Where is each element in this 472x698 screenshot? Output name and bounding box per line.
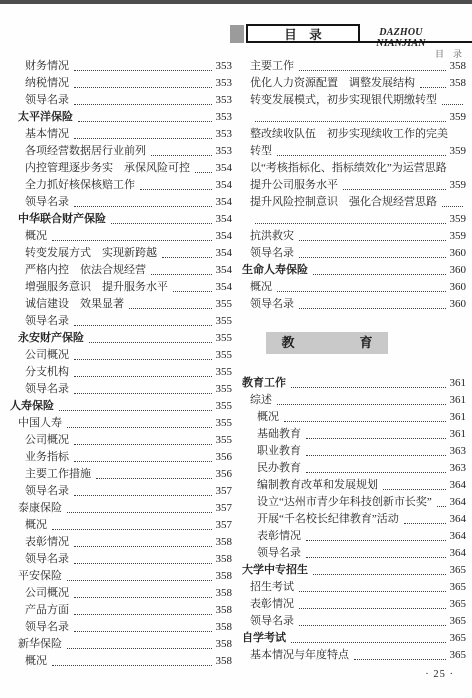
toc-entry-page: 359 bbox=[450, 211, 467, 228]
dot-leader bbox=[129, 296, 212, 309]
toc-entry-page: 360 bbox=[450, 245, 467, 262]
toc-entry: 财务情况353 bbox=[10, 58, 232, 75]
toc-entry-label: 中国人寿 bbox=[18, 415, 62, 432]
header-rule bbox=[246, 41, 472, 43]
toc-entry-page: 354 bbox=[216, 177, 233, 194]
dot-leader bbox=[52, 517, 212, 530]
toc-entry: 以“考核指标化、指标绩效化”为运营思路 bbox=[242, 160, 466, 177]
dot-leader bbox=[313, 262, 446, 275]
toc-entry-page: 359 bbox=[450, 177, 467, 194]
toc-entry-label: 生命人寿保险 bbox=[242, 262, 308, 279]
toc-entry-label: 人寿保险 bbox=[10, 398, 54, 415]
toc-entry: 新华保险358 bbox=[10, 636, 232, 653]
toc-entry-page: 358 bbox=[450, 75, 467, 92]
dot-leader bbox=[299, 296, 446, 309]
toc-entry-label: 以“考核指标化、指标绩效化”为运营思路 bbox=[250, 160, 447, 177]
dot-leader bbox=[59, 398, 212, 411]
toc-entry-page: 365 bbox=[450, 579, 467, 596]
dot-leader bbox=[299, 596, 446, 609]
dot-leader bbox=[420, 75, 446, 88]
toc-entry: 领导名录355 bbox=[10, 313, 232, 330]
toc-entry-page: 359 bbox=[450, 109, 467, 126]
dot-leader bbox=[306, 443, 446, 456]
toc-entry: 人寿保险355 bbox=[10, 398, 232, 415]
toc-entry-page: 353 bbox=[216, 92, 233, 109]
toc-entry: 各项经营数据居行业前列353 bbox=[10, 143, 232, 160]
toc-entry: 招生考试365 bbox=[242, 579, 466, 596]
toc-entry-page: 355 bbox=[216, 381, 233, 398]
toc-entry-page: 358 bbox=[216, 619, 233, 636]
journal-title: DAZHOU NIANJIAN bbox=[358, 27, 444, 49]
toc-entry: 永安财产保险355 bbox=[10, 330, 232, 347]
dot-leader bbox=[354, 647, 446, 660]
toc-entry-label: 主要工作措施 bbox=[25, 466, 91, 483]
page-number: · 25 · bbox=[425, 669, 454, 680]
toc-entry-label: 领导名录 bbox=[25, 194, 69, 211]
toc-entry-page: 355 bbox=[216, 364, 233, 381]
dot-leader bbox=[343, 177, 446, 190]
toc-entry-page: 359 bbox=[450, 228, 467, 245]
dot-leader bbox=[74, 347, 212, 360]
toc-entry-label: 领导名录 bbox=[25, 313, 69, 330]
toc-entry-page: 358 bbox=[216, 636, 233, 653]
toc-entry: 表彰情况365 bbox=[242, 596, 466, 613]
toc-entry: 设立“达州市青少年科技创新市长奖”364 bbox=[242, 494, 466, 511]
toc-page: 目 录 DAZHOU NIANJIAN 目 录 财务情况353纳税情况353领导… bbox=[0, 0, 472, 698]
toc-column-right: 主要工作358优化人力资源配置 调整发展结构358转变发展模式，初步实现银代期缴… bbox=[242, 58, 466, 664]
dot-leader bbox=[299, 228, 446, 241]
dot-leader bbox=[67, 500, 212, 513]
dot-leader bbox=[291, 630, 446, 643]
toc-entry-page: 364 bbox=[450, 477, 467, 494]
dot-leader bbox=[74, 619, 212, 632]
toc-entry: 概况361 bbox=[242, 409, 466, 426]
toc-entry-page: 354 bbox=[216, 160, 233, 177]
toc-entry-label: 领导名录 bbox=[25, 381, 69, 398]
toc-entry-page: 356 bbox=[216, 466, 233, 483]
toc-entry: 编制教育改革和发展规划364 bbox=[242, 477, 466, 494]
toc-entry-label: 公司概况 bbox=[25, 585, 69, 602]
dot-leader bbox=[74, 449, 212, 462]
dot-leader bbox=[74, 126, 212, 139]
toc-entry: 教育工作361 bbox=[242, 375, 466, 392]
toc-entry-label: 基础教育 bbox=[257, 426, 301, 443]
toc-entry-page: 358 bbox=[216, 602, 233, 619]
toc-entry-label: 自学考试 bbox=[242, 630, 286, 647]
toc-entry-label: 业务指标 bbox=[25, 449, 69, 466]
dot-leader bbox=[173, 279, 212, 292]
dot-leader bbox=[291, 375, 446, 388]
dot-leader bbox=[74, 483, 212, 496]
toc-entry-label: 主要工作 bbox=[250, 58, 294, 75]
toc-entry-label: 平安保险 bbox=[18, 568, 62, 585]
toc-entry-label: 提升风险控制意识 强化合规经营思路 bbox=[250, 194, 437, 211]
toc-entry-label: 表彰情况 bbox=[25, 534, 69, 551]
toc-entry: 业务指标356 bbox=[10, 449, 232, 466]
dot-leader bbox=[306, 460, 446, 473]
toc-entry: 转型359 bbox=[242, 143, 466, 160]
toc-entry: 公司概况358 bbox=[10, 585, 232, 602]
toc-entry-page: 356 bbox=[216, 449, 233, 466]
dot-leader bbox=[306, 528, 446, 541]
toc-entry: 领导名录358 bbox=[10, 619, 232, 636]
toc-entry: 中华联合财产保险354 bbox=[10, 211, 232, 228]
toc-entry: 基础教育361 bbox=[242, 426, 466, 443]
dot-leader bbox=[78, 109, 212, 122]
toc-entry-label: 产品方面 bbox=[25, 602, 69, 619]
dot-leader bbox=[67, 636, 212, 649]
toc-entry-page: 365 bbox=[450, 613, 467, 630]
toc-entry-label: 抗洪救灾 bbox=[250, 228, 294, 245]
toc-column-left: 财务情况353纳税情况353领导名录353太平洋保险353基本情况353各项经营… bbox=[10, 58, 232, 670]
toc-entry-label: 各项经营数据居行业前列 bbox=[25, 143, 146, 160]
toc-entry-label: 设立“达州市青少年科技创新市长奖” bbox=[257, 494, 432, 511]
dot-leader bbox=[277, 143, 446, 156]
toc-entry: 分支机构355 bbox=[10, 364, 232, 381]
dot-leader bbox=[74, 432, 212, 445]
toc-entry-page: 364 bbox=[450, 528, 467, 545]
toc-entry-page: 365 bbox=[450, 562, 467, 579]
toc-entry-page: 357 bbox=[216, 483, 233, 500]
toc-entry: 生命人寿保险360 bbox=[242, 262, 466, 279]
toc-entry: 概况358 bbox=[10, 653, 232, 670]
toc-entry: 太平洋保险353 bbox=[10, 109, 232, 126]
dot-leader bbox=[277, 279, 446, 292]
toc-entry-page: 354 bbox=[216, 262, 233, 279]
toc-entry-label: 表彰情况 bbox=[250, 596, 294, 613]
toc-entry-label: 提升公司服务水平 bbox=[250, 177, 338, 194]
toc-entry: 领导名录365 bbox=[242, 613, 466, 630]
dot-leader bbox=[313, 562, 446, 575]
toc-entry-label: 表彰情况 bbox=[257, 528, 301, 545]
toc-entry-label: 太平洋保险 bbox=[18, 109, 73, 126]
dot-leader bbox=[96, 466, 212, 479]
dot-leader bbox=[442, 194, 463, 207]
toc-entry-label: 大学中专招生 bbox=[242, 562, 308, 579]
toc-entry-label: 领导名录 bbox=[250, 296, 294, 313]
toc-entry-label: 民办教育 bbox=[257, 460, 301, 477]
dot-leader bbox=[437, 494, 446, 507]
toc-entry: 主要工作措施356 bbox=[10, 466, 232, 483]
toc-entry-page: 353 bbox=[216, 58, 233, 75]
toc-entry-label: 永安财产保险 bbox=[18, 330, 84, 347]
toc-entry: 提升公司服务水平359 bbox=[242, 177, 466, 194]
toc-entry: 严格内控 依法合规经营354 bbox=[10, 262, 232, 279]
toc-title-label: 目 录 bbox=[284, 25, 322, 43]
toc-entry-label: 概况 bbox=[25, 228, 47, 245]
toc-entry: 概况360 bbox=[242, 279, 466, 296]
dot-leader bbox=[299, 58, 446, 71]
dot-leader bbox=[140, 177, 212, 190]
toc-entry: 基本情况353 bbox=[10, 126, 232, 143]
toc-entry: 中国人寿355 bbox=[10, 415, 232, 432]
dot-leader bbox=[284, 409, 446, 422]
dot-leader bbox=[52, 653, 212, 666]
dot-leader bbox=[383, 477, 446, 490]
toc-entry-label: 公司概况 bbox=[25, 347, 69, 364]
dot-leader bbox=[74, 75, 212, 88]
toc-entry-page: 353 bbox=[216, 143, 233, 160]
toc-entry: 民办教育363 bbox=[242, 460, 466, 477]
toc-entry-page: 355 bbox=[216, 398, 233, 415]
toc-entry-page: 364 bbox=[450, 545, 467, 562]
dot-leader bbox=[195, 160, 212, 173]
toc-entry-label: 新华保险 bbox=[18, 636, 62, 653]
toc-entry-page: 354 bbox=[216, 245, 233, 262]
toc-entry: 泰康保险357 bbox=[10, 500, 232, 517]
toc-entry-label: 职业教育 bbox=[257, 443, 301, 460]
toc-entry: 公司概况355 bbox=[10, 432, 232, 449]
toc-entry-label: 领导名录 bbox=[250, 245, 294, 262]
dot-leader bbox=[74, 602, 212, 615]
toc-entry-label: 招生考试 bbox=[250, 579, 294, 596]
toc-entry-page: 365 bbox=[450, 630, 467, 647]
toc-entry-label: 泰康保险 bbox=[18, 500, 62, 517]
toc-entry-page: 361 bbox=[450, 392, 467, 409]
toc-entry-label: 编制教育改革和发展规划 bbox=[257, 477, 378, 494]
dot-leader bbox=[52, 228, 212, 241]
toc-entry-page: 358 bbox=[216, 534, 233, 551]
toc-entry: 提升风险控制意识 强化合规经营思路 bbox=[242, 194, 466, 211]
section-banner: 教 育 bbox=[266, 332, 388, 354]
header-gray-square bbox=[230, 25, 244, 43]
dot-leader bbox=[162, 245, 212, 258]
toc-entry: 产品方面358 bbox=[10, 602, 232, 619]
toc-entry: 领导名录354 bbox=[10, 194, 232, 211]
dot-leader bbox=[74, 534, 212, 547]
toc-entry-page: 363 bbox=[450, 460, 467, 477]
toc-entry-page: 353 bbox=[216, 109, 233, 126]
toc-entry: 转变发展方式 实现新跨越354 bbox=[10, 245, 232, 262]
toc-entry-page: 357 bbox=[216, 500, 233, 517]
dot-leader bbox=[74, 58, 212, 71]
toc-entry-label: 概况 bbox=[250, 279, 272, 296]
toc-entry-page: 361 bbox=[450, 409, 467, 426]
dot-leader bbox=[255, 109, 446, 122]
toc-entry-label: 基本情况与年度特点 bbox=[250, 647, 349, 664]
toc-entry-label: 分支机构 bbox=[25, 364, 69, 381]
toc-entry-page: 355 bbox=[216, 296, 233, 313]
toc-entry: 主要工作358 bbox=[242, 58, 466, 75]
toc-entry: 增强服务意识 提升服务水平354 bbox=[10, 279, 232, 296]
toc-entry: 抗洪救灾359 bbox=[242, 228, 466, 245]
toc-entry-label: 概况 bbox=[257, 409, 279, 426]
toc-entry-label: 领导名录 bbox=[25, 619, 69, 636]
toc-entry: 大学中专招生365 bbox=[242, 562, 466, 579]
toc-entry-label: 综述 bbox=[250, 392, 272, 409]
toc-entry-page: 358 bbox=[450, 58, 467, 75]
toc-entry-page: 355 bbox=[216, 313, 233, 330]
toc-entry-label: 公司概况 bbox=[25, 432, 69, 449]
dot-leader bbox=[74, 92, 212, 105]
toc-entry-label: 教育工作 bbox=[242, 375, 286, 392]
toc-entry: 概况354 bbox=[10, 228, 232, 245]
toc-entry: 转变发展模式，初步实现银代期缴转型 bbox=[242, 92, 466, 109]
toc-entry-page: 360 bbox=[450, 296, 467, 313]
toc-entry: 领导名录357 bbox=[10, 483, 232, 500]
toc-entry-label: 中华联合财产保险 bbox=[18, 211, 106, 228]
toc-entry: 领导名录360 bbox=[242, 296, 466, 313]
toc-entry-page: 354 bbox=[216, 211, 233, 228]
toc-entry-label: 严格内控 依法合规经营 bbox=[25, 262, 146, 279]
dot-leader bbox=[74, 585, 212, 598]
dot-leader bbox=[299, 579, 446, 592]
toc-entry-label: 转型 bbox=[250, 143, 272, 160]
toc-entry-page: 358 bbox=[216, 551, 233, 568]
dot-leader bbox=[306, 426, 446, 439]
toc-entry-label: 转变发展方式 实现新跨越 bbox=[25, 245, 157, 262]
toc-entry-page: 364 bbox=[450, 511, 467, 528]
toc-entry-label: 整改续收队伍 初步实现续收工作的完美 bbox=[250, 126, 448, 143]
toc-entry-label: 领导名录 bbox=[25, 551, 69, 568]
toc-entry-label: 诚信建设 效果显著 bbox=[25, 296, 124, 313]
dot-leader bbox=[299, 613, 446, 626]
dot-leader bbox=[111, 211, 212, 224]
toc-entry: 优化人力资源配置 调整发展结构358 bbox=[242, 75, 466, 92]
toc-entry-label: 概况 bbox=[25, 517, 47, 534]
toc-entry-page: 358 bbox=[216, 585, 233, 602]
toc-entry: 领导名录360 bbox=[242, 245, 466, 262]
toc-entry-label: 领导名录 bbox=[25, 92, 69, 109]
dot-leader bbox=[67, 568, 212, 581]
toc-entry-page: 357 bbox=[216, 517, 233, 534]
toc-entry: 内控管理逐步务实 承保风险可控354 bbox=[10, 160, 232, 177]
dot-leader bbox=[404, 511, 446, 524]
toc-entry: 自学考试365 bbox=[242, 630, 466, 647]
toc-entry-page: 353 bbox=[216, 126, 233, 143]
toc-entry-label: 领导名录 bbox=[257, 545, 301, 562]
toc-entry-page: 354 bbox=[216, 279, 233, 296]
toc-entry-page: 361 bbox=[450, 375, 467, 392]
toc-entry-page: 358 bbox=[216, 653, 233, 670]
toc-entry: 表彰情况358 bbox=[10, 534, 232, 551]
toc-entry-page: 364 bbox=[450, 494, 467, 511]
dot-leader bbox=[255, 211, 446, 224]
toc-entry: 表彰情况364 bbox=[242, 528, 466, 545]
toc-entry: 概况357 bbox=[10, 517, 232, 534]
toc-entry: 公司概况355 bbox=[10, 347, 232, 364]
toc-entry-label: 开展“千名校长纪律教育”活动 bbox=[257, 511, 399, 528]
toc-entry: 整改续收队伍 初步实现续收工作的完美 bbox=[242, 126, 466, 143]
toc-entry-label: 领导名录 bbox=[250, 613, 294, 630]
dot-leader bbox=[74, 551, 212, 564]
toc-entry-page: 363 bbox=[450, 443, 467, 460]
toc-entry-label: 概况 bbox=[25, 653, 47, 670]
dot-leader bbox=[89, 330, 212, 343]
toc-entry-label: 全力抓好核保核赔工作 bbox=[25, 177, 135, 194]
dot-leader bbox=[74, 313, 212, 326]
dot-leader bbox=[151, 143, 212, 156]
toc-entry: 359 bbox=[242, 109, 466, 126]
toc-entry-page: 355 bbox=[216, 432, 233, 449]
toc-entry-label: 转变发展模式，初步实现银代期缴转型 bbox=[250, 92, 437, 109]
toc-entry-page: 354 bbox=[216, 194, 233, 211]
toc-entry-label: 基本情况 bbox=[25, 126, 69, 143]
toc-entry-label: 财务情况 bbox=[25, 58, 69, 75]
toc-entry-label: 增强服务意识 提升服务水平 bbox=[25, 279, 168, 296]
toc-entry-page: 360 bbox=[450, 262, 467, 279]
toc-entry-label: 内控管理逐步务实 承保风险可控 bbox=[25, 160, 190, 177]
dot-leader bbox=[299, 245, 446, 258]
dot-leader bbox=[74, 364, 212, 377]
toc-entry: 领导名录353 bbox=[10, 92, 232, 109]
toc-entry: 基本情况与年度特点365 bbox=[242, 647, 466, 664]
toc-entry: 开展“千名校长纪律教育”活动364 bbox=[242, 511, 466, 528]
dot-leader bbox=[442, 92, 463, 105]
toc-entry-page: 361 bbox=[450, 426, 467, 443]
toc-entry-label: 领导名录 bbox=[25, 483, 69, 500]
toc-entry: 359 bbox=[242, 211, 466, 228]
toc-entry-label: 优化人力资源配置 调整发展结构 bbox=[250, 75, 415, 92]
dot-leader bbox=[277, 392, 446, 405]
toc-entry-page: 355 bbox=[216, 330, 233, 347]
toc-entry: 职业教育363 bbox=[242, 443, 466, 460]
toc-entry-page: 358 bbox=[216, 568, 233, 585]
toc-entry-page: 355 bbox=[216, 347, 233, 364]
toc-entry-page: 355 bbox=[216, 415, 233, 432]
dot-leader bbox=[306, 545, 446, 558]
dot-leader bbox=[74, 194, 212, 207]
toc-entry: 诚信建设 效果显著355 bbox=[10, 296, 232, 313]
dot-leader bbox=[67, 415, 212, 428]
toc-entry-page: 365 bbox=[450, 647, 467, 664]
toc-entry-page: 353 bbox=[216, 75, 233, 92]
toc-entry: 领导名录364 bbox=[242, 545, 466, 562]
toc-entry-label: 纳税情况 bbox=[25, 75, 69, 92]
toc-entry: 平安保险358 bbox=[10, 568, 232, 585]
toc-entry-page: 359 bbox=[450, 143, 467, 160]
toc-entry: 领导名录358 bbox=[10, 551, 232, 568]
toc-entry: 纳税情况353 bbox=[10, 75, 232, 92]
toc-entry: 综述361 bbox=[242, 392, 466, 409]
dot-leader bbox=[74, 381, 212, 394]
top-scan-bar bbox=[0, 0, 472, 4]
dot-leader bbox=[151, 262, 212, 275]
toc-entry-page: 360 bbox=[450, 279, 467, 296]
toc-entry: 全力抓好核保核赔工作354 bbox=[10, 177, 232, 194]
toc-entry-page: 365 bbox=[450, 596, 467, 613]
toc-entry: 领导名录355 bbox=[10, 381, 232, 398]
toc-entry-page: 354 bbox=[216, 228, 233, 245]
